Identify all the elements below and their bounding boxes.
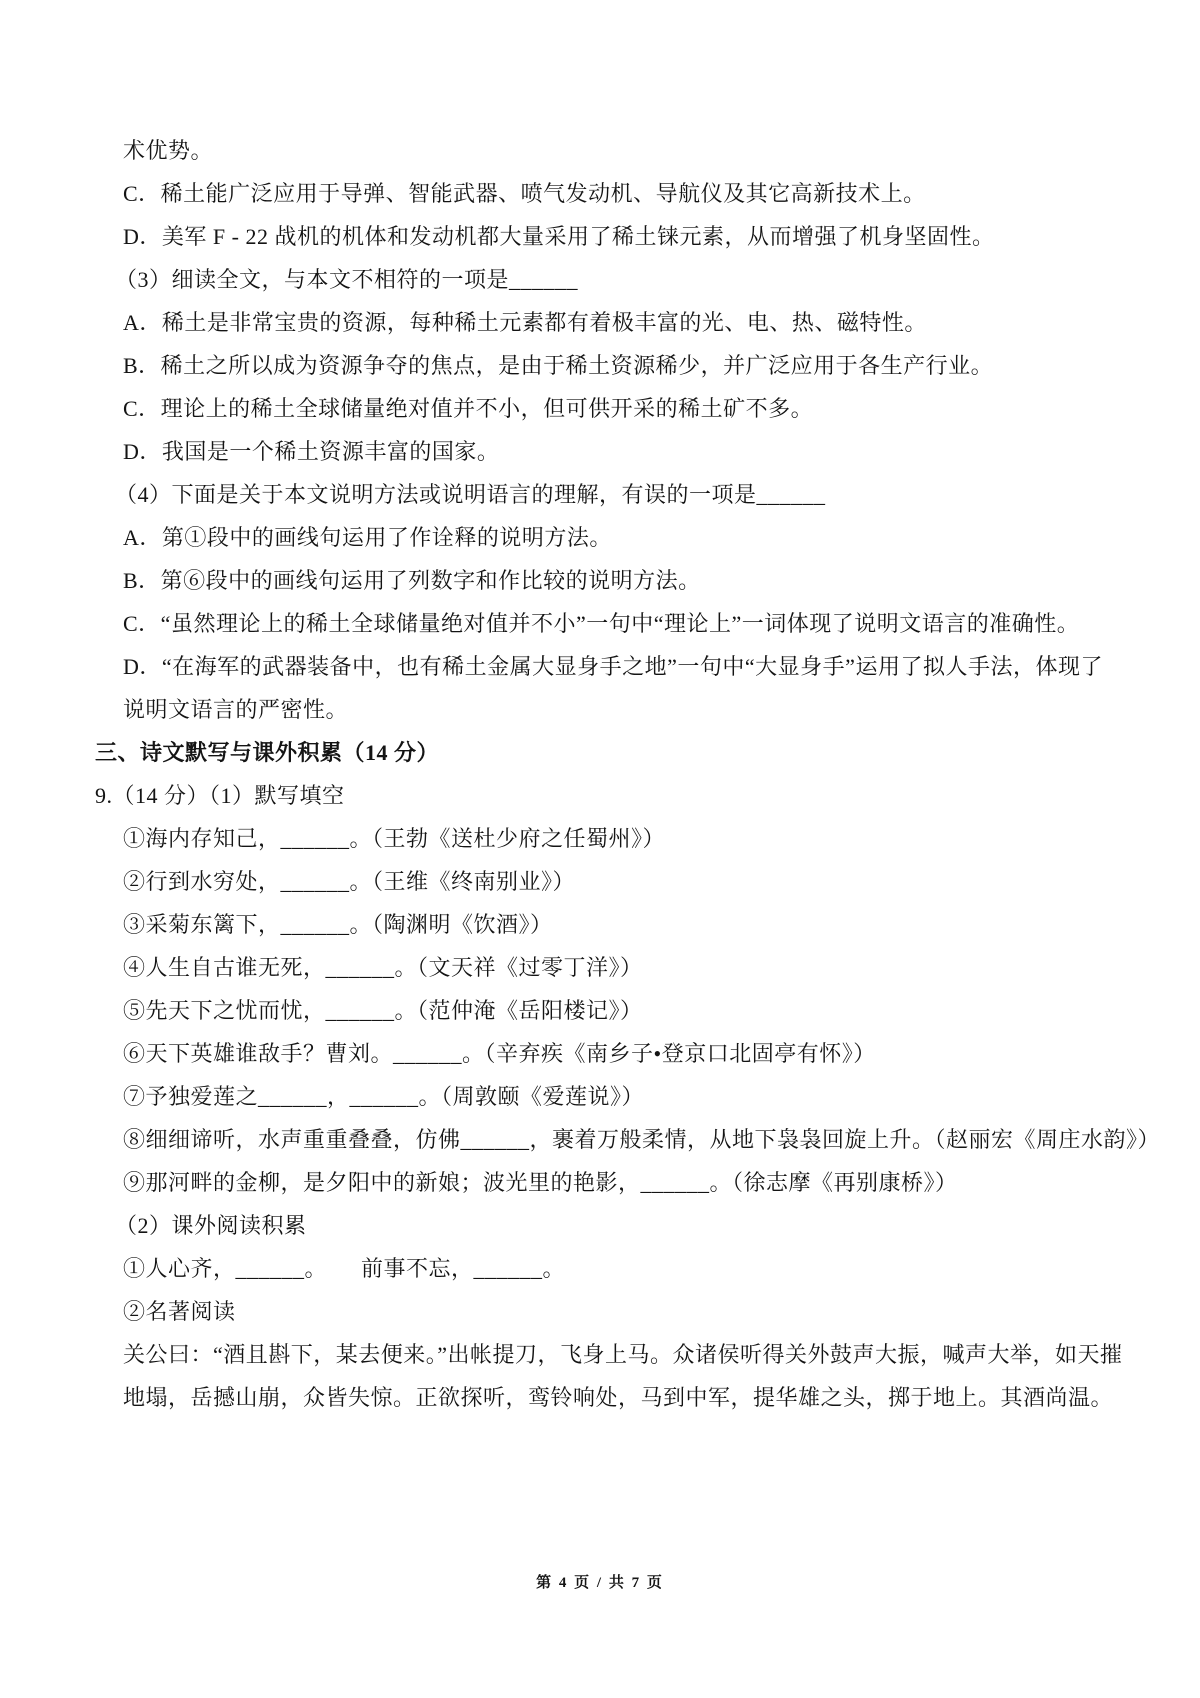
- section-heading: 三、诗文默写与课外积累（14 分）: [95, 742, 1155, 764]
- fill-blank-item-1: ①海内存知己，______。（王勃《送杜少府之任蜀州》）: [95, 828, 1155, 850]
- option-d-line: D．我国是一个稀土资源丰富的国家。: [95, 441, 1155, 463]
- option-c-line: C．“虽然理论上的稀土全球储量绝对值并不小”一句中“理论上”一词体现了说明文语言…: [95, 613, 1155, 635]
- question-4-line: （4）下面是关于本文说明方法或说明语言的理解，有误的一项是______: [95, 484, 1155, 506]
- fill-blank-item-4: ④人生自古谁无死，______。（文天祥《过零丁洋》）: [95, 957, 1155, 979]
- option-b-line: B．稀土之所以成为资源争夺的焦点，是由于稀土资源稀少，并广泛应用于各生产行业。: [95, 355, 1155, 377]
- fill-blank-item-8: ⑧细细谛听，水声重重叠叠，仿佛______，裹着万般柔情，从地下袅袅回旋上升。（…: [95, 1129, 1155, 1151]
- option-b-line: B．第⑥段中的画线句运用了列数字和作比较的说明方法。: [95, 570, 1155, 592]
- passage-line-1: 关公曰：“酒且斟下，某去便来。”出帐提刀，飞身上马。众诸侯听得关外鼓声大振，喊声…: [95, 1344, 1155, 1366]
- question-2-extracurricular: （2）课外阅读积累: [95, 1215, 1155, 1237]
- fill-blank-item-7: ⑦予独爱莲之______，______。（周敦颐《爱莲说》）: [95, 1086, 1155, 1108]
- fill-blank-item-5: ⑤先天下之忧而忧，______。（范仲淹《岳阳楼记》）: [95, 1000, 1155, 1022]
- option-a-line: A．稀土是非常宝贵的资源，每种稀土元素都有着极丰富的光、电、热、磁特性。: [95, 312, 1155, 334]
- option-a-line: A．第①段中的画线句运用了作诠释的说明方法。: [95, 527, 1155, 549]
- fill-blank-item-3: ③采菊东篱下，______。（陶渊明《饮酒》）: [95, 914, 1155, 936]
- footer-page-number: 第 4 页 / 共 7 页: [0, 1571, 1200, 1592]
- fill-blank-item-9: ⑨那河畔的金柳，是夕阳中的新娘；波光里的艳影，______。（徐志摩《再别康桥》…: [95, 1172, 1155, 1194]
- continuation-line: 术优势。: [95, 140, 1155, 162]
- option-c-line: C．理论上的稀土全球储量绝对值并不小，但可供开采的稀土矿不多。: [95, 398, 1155, 420]
- passage-line-2: 地塌，岳撼山崩，众皆失惊。正欲探听，鸾铃响处，马到中军，提华雄之头，掷于地上。其…: [95, 1387, 1155, 1409]
- fill-blank-item-2: ②行到水穷处，______。（王维《终南别业》）: [95, 871, 1155, 893]
- option-d-line: D．美军 F - 22 战机的机体和发动机都大量采用了稀土铼元素，从而增强了机身…: [95, 226, 1155, 248]
- option-d-line: D．“在海军的武器装备中，也有稀土金属大显身手之地”一句中“大显身手”运用了拟人…: [95, 656, 1155, 678]
- question-9-line: 9.（14 分）（1）默写填空: [95, 785, 1155, 807]
- exam-content: 术优势。 C．稀土能广泛应用于导弹、智能武器、喷气发动机、导航仪及其它高新技术上…: [95, 140, 1155, 1430]
- fill-blank-item-6: ⑥天下英雄谁敌手？曹刘。______。（辛弃疾《南乡子•登京口北固亭有怀》）: [95, 1043, 1155, 1065]
- proverb-blank-line: ①人心齐，______。 前事不忘，______。: [95, 1258, 1155, 1280]
- question-3-line: （3）细读全文，与本文不相符的一项是______: [95, 269, 1155, 291]
- continuation-line: 说明文语言的严密性。: [95, 699, 1155, 721]
- option-c-line: C．稀土能广泛应用于导弹、智能武器、喷气发动机、导航仪及其它高新技术上。: [95, 183, 1155, 205]
- famous-book-reading-label: ②名著阅读: [95, 1301, 1155, 1323]
- exam-document-page: 术优势。 C．稀土能广泛应用于导弹、智能武器、喷气发动机、导航仪及其它高新技术上…: [0, 0, 1200, 1698]
